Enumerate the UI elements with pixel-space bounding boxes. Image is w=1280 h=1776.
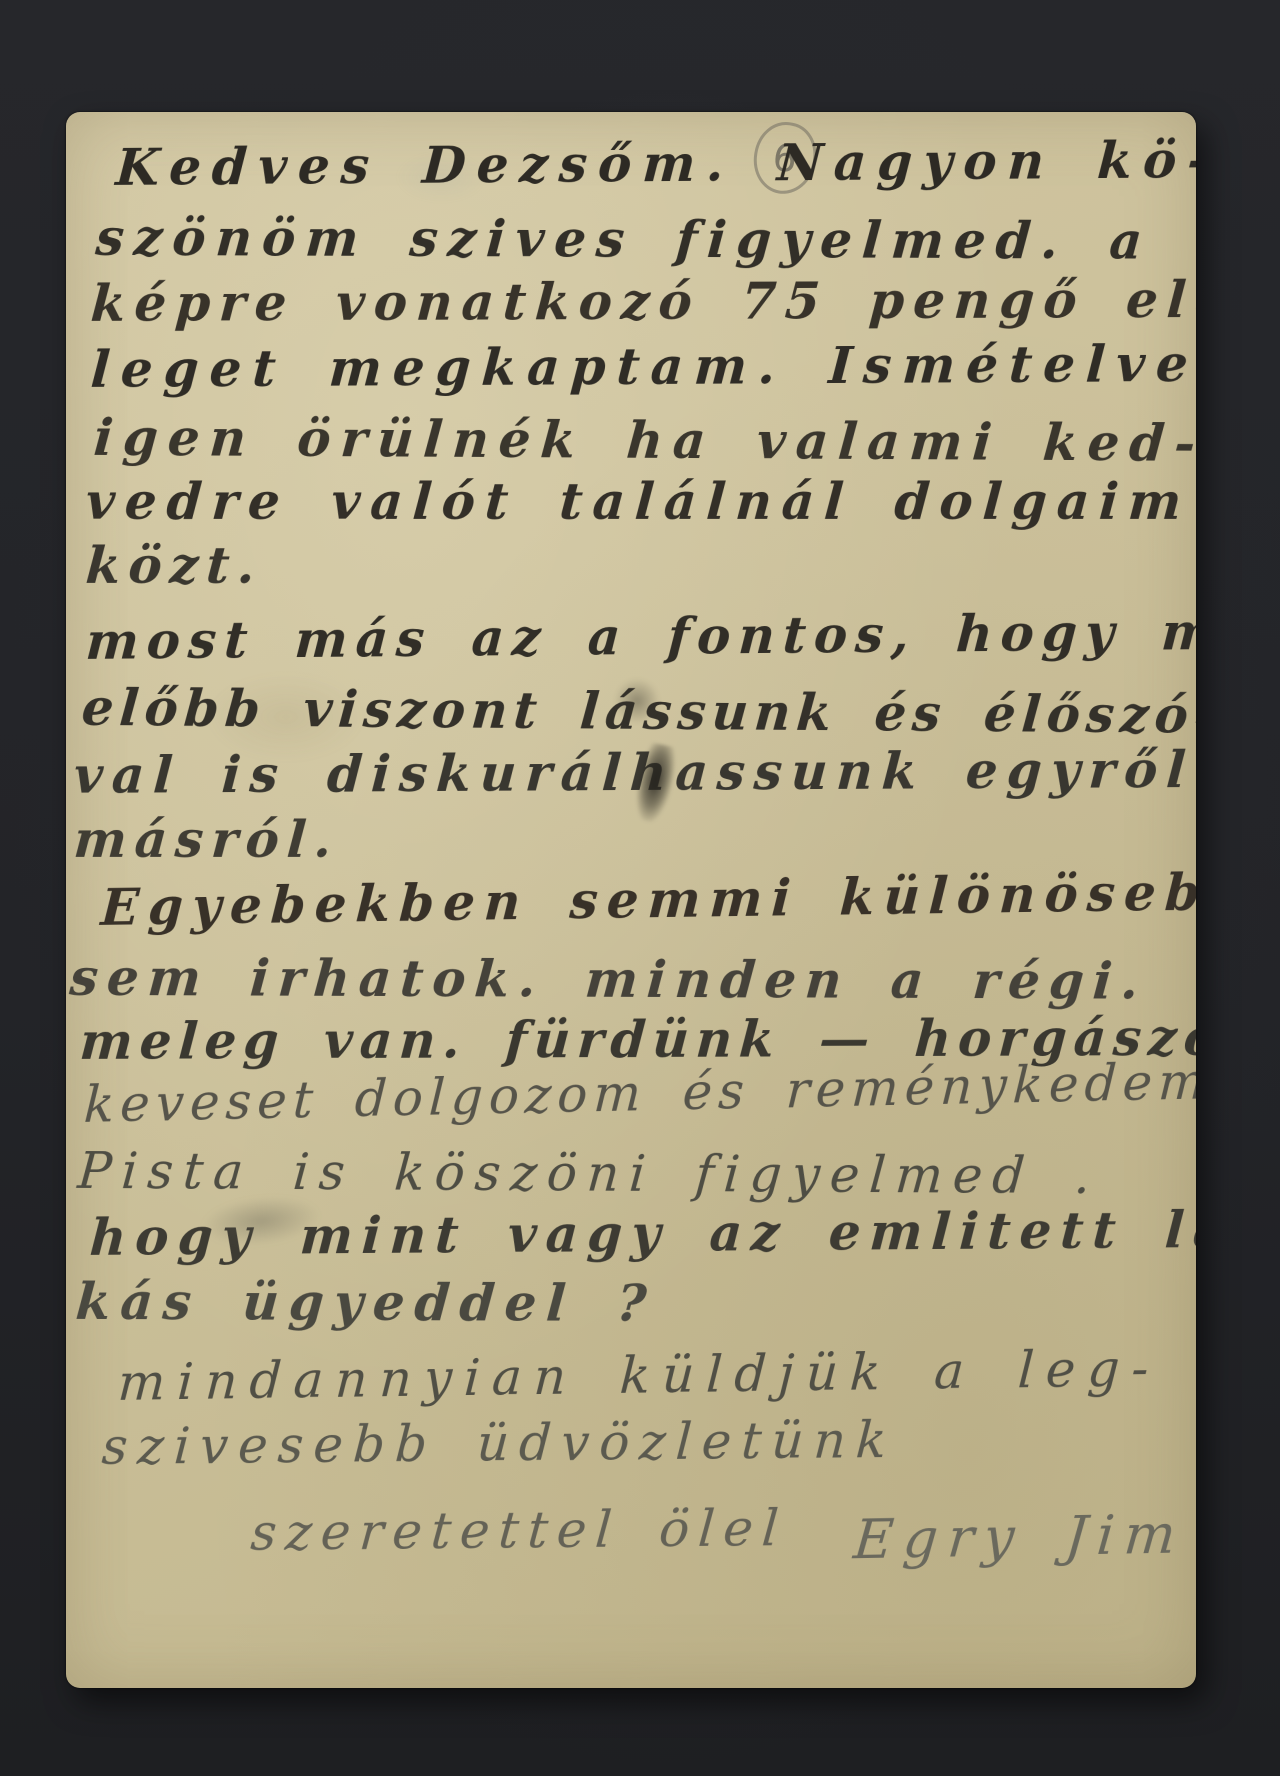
handwritten-line: Egyebekben semmi különösebbet <box>99 861 1196 937</box>
handwritten-line: val is diskurálhassunk egyről <box>72 740 1196 805</box>
closing-line: szeretettel ölel <box>249 1499 790 1562</box>
handwritten-line: most más az a fontos, hogy mi- <box>84 602 1196 671</box>
handwritten-line: másról. <box>72 810 342 869</box>
handwritten-line: Pista is köszöni figyelmed . <box>76 1142 1103 1205</box>
handwritten-line: szivesebb üdvözletünk <box>100 1411 898 1476</box>
handwritten-line: előbb viszont lássunk és élőszó- <box>80 678 1196 745</box>
handwritten-line: szönöm szives figyelmed. a <box>94 208 1154 271</box>
handwritten-line: Kedves Dezsőm. Nagyon kö- <box>114 130 1196 197</box>
handwritten-line: leget megkaptam. Ismételve- <box>89 334 1196 399</box>
handwritten-line: igen örülnék ha valami ked- <box>92 408 1196 473</box>
handwritten-line: vedre valót találnál dolgaim <box>84 472 1193 531</box>
signature: Egry Jim <box>851 1502 1188 1571</box>
handwritten-line: hogy mint vagy az emlitett la- <box>88 1200 1196 1267</box>
handwritten-line: mindannyian küldjük a leg- <box>116 1339 1162 1412</box>
handwritten-line: kás ügyeddel ? <box>74 1272 659 1333</box>
handwritten-line: sem irhatok. minden a régi. <box>68 948 1150 1011</box>
handwritten-line: képre vonatkozó 75 pengő elő- <box>89 270 1196 333</box>
photo-background: 6 Kedves Dezsőm. Nagyon kö-szönöm szives… <box>0 0 1280 1776</box>
handwritten-line: közt. <box>84 536 265 595</box>
letter-page: 6 Kedves Dezsőm. Nagyon kö-szönöm szives… <box>66 112 1196 1688</box>
